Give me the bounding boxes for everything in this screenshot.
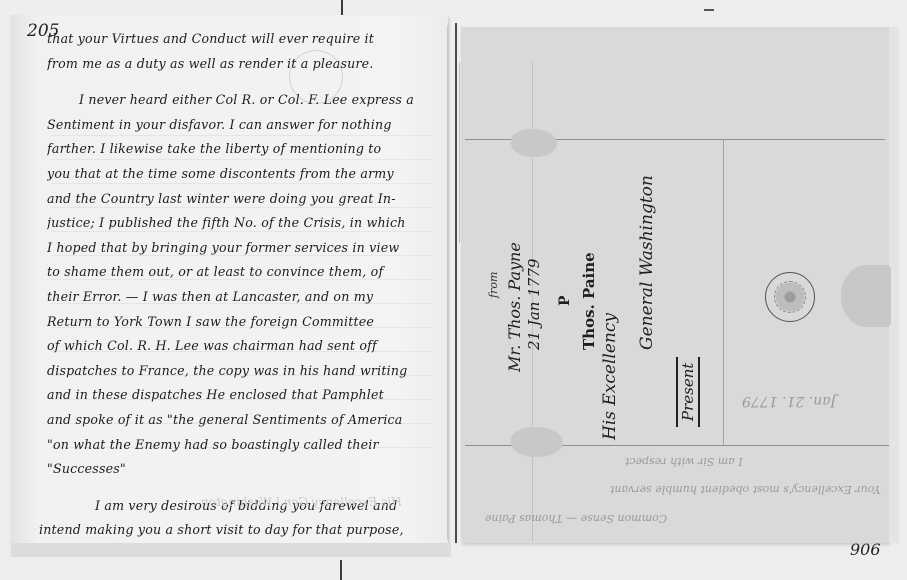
endorsement-date: 21 Jan 1779 bbox=[525, 259, 543, 350]
bearer-name: Thos. Paine bbox=[580, 252, 598, 350]
page-edge bbox=[447, 25, 449, 540]
letter-line: justice; I published the fifth No. of th… bbox=[47, 211, 439, 236]
eagle-emblem-icon bbox=[774, 281, 806, 313]
seal-flap-edge bbox=[459, 63, 460, 243]
letter-line: "Successes" bbox=[47, 457, 439, 482]
letter-body: that your Virtues and Conduct will ever … bbox=[47, 27, 439, 543]
endorsement-from: from bbox=[487, 272, 500, 298]
letter-line: their Error. — I was then at Lancaster, … bbox=[47, 285, 439, 310]
letter-line: from me as a duty as well as render it a… bbox=[47, 52, 439, 77]
mirrored-bleed-text: Your Excellency's most obedient humble s… bbox=[610, 483, 881, 496]
letter-line: you that at the time some discontents fr… bbox=[47, 162, 439, 187]
bleed-through-address: His Excellency Gen.l Washington bbox=[201, 495, 402, 509]
library-seal-icon bbox=[765, 272, 815, 322]
letter-line: Return to York Town I saw the foreign Co… bbox=[47, 310, 439, 335]
mirrored-bleed-text: I am Sir with respect bbox=[625, 455, 743, 468]
letter-line: and the Country last winter were doing y… bbox=[47, 187, 439, 212]
letter-line: and in these dispatches He enclosed that… bbox=[47, 383, 439, 408]
letter-line: farther. I likewise take the liberty of … bbox=[47, 137, 439, 162]
letter-line: dispatches to France, the copy was in hi… bbox=[47, 359, 439, 384]
wax-stain bbox=[841, 265, 891, 327]
fold-line-vertical bbox=[723, 139, 724, 445]
gutter-divider-bottom bbox=[340, 560, 342, 580]
top-tick-mark bbox=[704, 9, 714, 11]
mirrored-bleed-text: Common Sense — Thomas Paine bbox=[485, 512, 667, 525]
mirrored-bleed-text: Jan. 21. 1779 bbox=[742, 393, 836, 409]
wax-stain bbox=[511, 129, 557, 157]
letter-line: and spoke of it as "the general Sentimen… bbox=[47, 408, 439, 433]
wax-stain bbox=[511, 427, 563, 457]
letter-line: I never heard either Col R. or Col. F. L… bbox=[47, 88, 439, 113]
page-number: 906 bbox=[850, 540, 881, 559]
bearer-prefix: P bbox=[557, 295, 573, 306]
address-line-1: His Excellency bbox=[600, 313, 620, 440]
address-line-2: General Washington bbox=[637, 175, 657, 350]
letter-line: Sentiment in your disfavor. I can answer… bbox=[47, 113, 439, 138]
letter-line: to shame them out, or at least to convin… bbox=[47, 260, 439, 285]
page-edge bbox=[455, 23, 457, 543]
letter-line: that your Virtues and Conduct will ever … bbox=[47, 27, 439, 52]
letter-line: "on what the Enemy had so boastingly cal… bbox=[47, 433, 439, 458]
present-label: Present bbox=[676, 357, 700, 427]
letter-line: I hoped that by bringing your former ser… bbox=[47, 236, 439, 261]
page-shadow-band bbox=[11, 543, 451, 557]
letter-line: of which Col. R. H. Lee was chairman had… bbox=[47, 334, 439, 359]
letter-line: intend making you a short visit to day f… bbox=[39, 518, 439, 543]
left-page: 205 that your Virtues and Conduct will e… bbox=[11, 15, 448, 543]
endorsement-sender: Mr. Thos. Payne bbox=[505, 242, 524, 372]
